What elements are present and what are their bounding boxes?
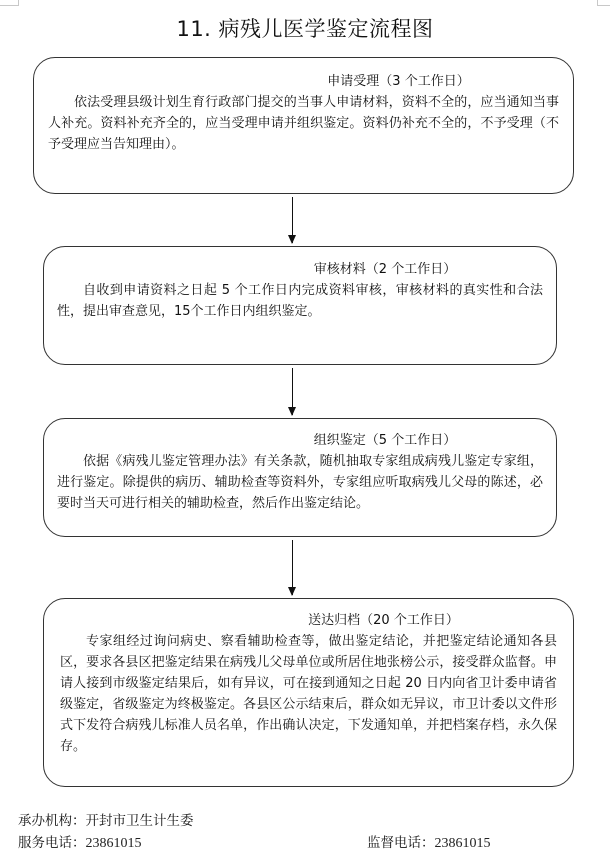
flow-step-delivery-archive: 送达归档（20 个工作日） 专家组经过询问病史、察看辅助检查等，做出鉴定结论，并… <box>43 598 574 787</box>
footer-supervision-phone: 监督电话：23861015 <box>367 831 491 852</box>
agency-value: 开封市卫生计生委 <box>86 813 194 829</box>
page-title: 11. 病残儿医学鉴定流程图 <box>0 13 610 43</box>
flow-step-review: 审核材料（2 个工作日） 自收到申请资料之日起 5 个工作日内完成资料审核，审核… <box>43 246 557 365</box>
flow-step-appraisal: 组织鉴定（5 个工作日） 依据《病残儿鉴定管理办法》有关条款，随机抽取专家组成病… <box>43 418 557 537</box>
service-phone-value: 23861015 <box>86 836 142 851</box>
page-corner-mark-right <box>597 0 610 6</box>
footer-agency: 承办机构：开封市卫生计生委 <box>18 809 194 829</box>
flow-arrow-down-icon <box>292 540 293 595</box>
step-heading: 组织鉴定（5 个工作日） <box>57 430 543 451</box>
step-body: 专家组经过询问病史、察看辅助检查等，做出鉴定结论，并把鉴定结论通知各县区，要求各… <box>60 631 557 757</box>
step-body: 依法受理县级计划生育行政部门提交的当事人申请材料，资料不全的，应当通知当事人补充… <box>48 92 559 155</box>
flow-arrow-down-icon <box>292 197 293 243</box>
step-heading: 送达归档（20 个工作日） <box>60 610 557 631</box>
flow-arrow-down-icon <box>292 368 293 415</box>
step-heading: 申请受理（3 个工作日） <box>48 71 559 92</box>
step-body: 自收到申请资料之日起 5 个工作日内完成资料审核，审核材料的真实性和合法性，提出… <box>57 280 543 322</box>
step-heading: 审核材料（2 个工作日） <box>57 259 543 280</box>
step-body: 依据《病残儿鉴定管理办法》有关条款，随机抽取专家组成病残儿鉴定专家组，进行鉴定。… <box>57 451 543 514</box>
supervision-phone-label: 监督电话： <box>367 835 435 851</box>
page-corner-mark-left <box>0 0 19 6</box>
agency-label: 承办机构： <box>18 813 86 829</box>
supervision-phone-value: 23861015 <box>435 836 491 851</box>
footer-service-phone: 服务电话：23861015 <box>18 831 142 852</box>
service-phone-label: 服务电话： <box>18 835 86 851</box>
flow-step-application: 申请受理（3 个工作日） 依法受理县级计划生育行政部门提交的当事人申请材料，资料… <box>33 57 574 194</box>
